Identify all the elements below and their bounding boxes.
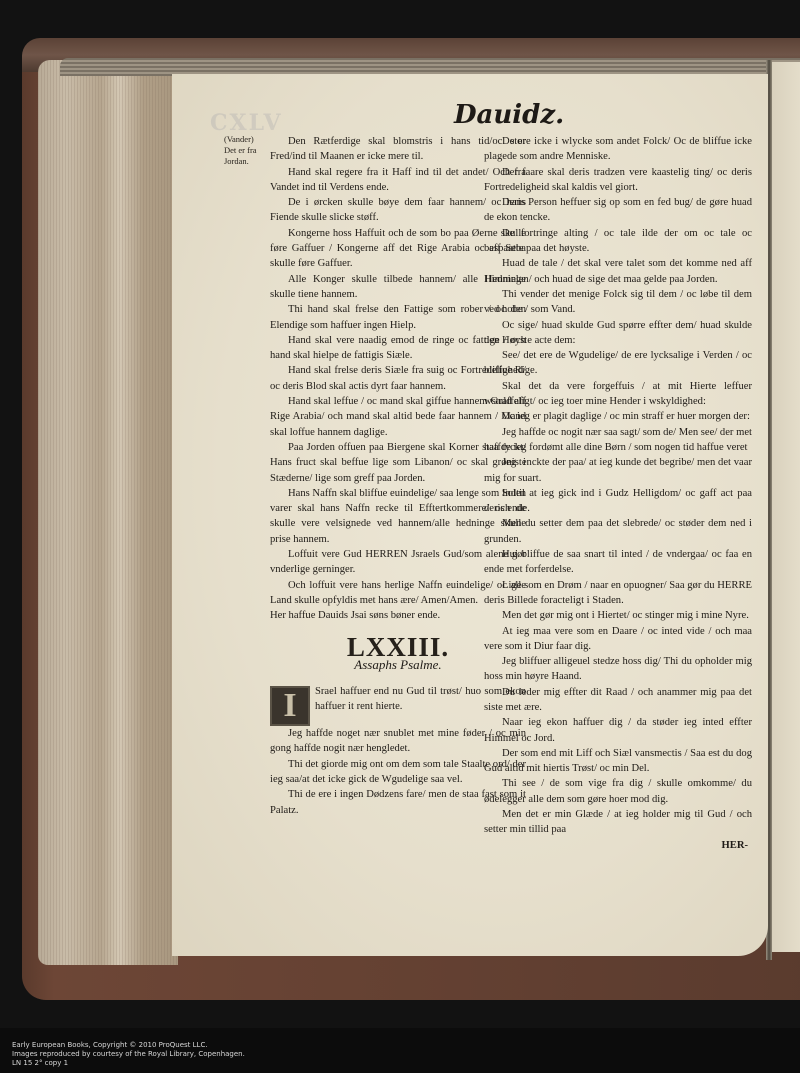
verse: De ere icke i wlycke som andet Folck/ Oc… xyxy=(484,134,752,165)
verse: Der faare skal deris tradzen vere kaaste… xyxy=(484,165,752,196)
verse: Jeg haffde oc nogit nær saa sagt/ som de… xyxy=(484,425,752,456)
footer-line-3: LN 15 2° copy 1 xyxy=(12,1059,245,1068)
verse: Men det er min Glæde / at ieg holder mig… xyxy=(484,807,752,838)
margin-note-line: (Vander) xyxy=(224,134,268,145)
verse: Oc sige/ huad skulde Gud spørre effter d… xyxy=(484,318,752,349)
right-column: De ere icke i wlycke som andet Folck/ Oc… xyxy=(484,134,752,853)
verse: Jeg bliffuer alligeuel stedze hoss dig/ … xyxy=(484,654,752,685)
verse: Indtil at ieg gick ind i Gudz Helligdom/… xyxy=(484,486,752,517)
margin-note-line: Jordan. xyxy=(224,156,268,167)
facing-page-edge xyxy=(770,62,800,952)
verse: Lige som en Drøm / naar en opuogner/ Saa… xyxy=(484,578,752,609)
show-through-folio: CXLV xyxy=(210,110,283,136)
verse: Huad de tale / det skal vere talet som d… xyxy=(484,256,752,287)
verse: At ieg maa vere som en Daare / oc inted … xyxy=(484,624,752,655)
margin-note: (Vander) Det er fra Jordan. xyxy=(224,134,268,167)
page-block-edge xyxy=(38,60,178,965)
verse: Du leder mig effter dit Raad / och anamm… xyxy=(484,685,752,716)
verse: Jeg tenckte der paa/ at ieg kunde det be… xyxy=(484,455,752,486)
running-head: Dauidz. xyxy=(454,100,564,130)
footer-line-1: Early European Books, Copyright © 2010 P… xyxy=(12,1041,245,1050)
book-photograph: CXLV Dauidz. (Vander) Det er fra Jordan.… xyxy=(0,0,800,1028)
book-page: CXLV Dauidz. (Vander) Det er fra Jordan.… xyxy=(172,74,768,956)
verse: See/ det ere de Wgudelige/ de ere lycksa… xyxy=(484,348,752,379)
verse: Thi vender det menige Folck sig til dem … xyxy=(484,287,752,318)
decorated-initial: I xyxy=(270,686,310,726)
margin-note-line: Det er fra xyxy=(224,145,268,156)
verse: Men det gør mig ont i Hiertet/ oc stinge… xyxy=(484,608,752,623)
verse: De fortringe alting / oc tale ilde der o… xyxy=(484,226,752,257)
verse: Hui bliffue de saa snart til inted / de … xyxy=(484,547,752,578)
right-column-verses: De ere icke i wlycke som andet Folck/ Oc… xyxy=(484,134,752,838)
verse: Naar ieg ekon haffuer dig / da støder ie… xyxy=(484,715,752,746)
verse: Skal det da vere forgeffuis / at mit Hie… xyxy=(484,379,752,410)
footer-line-2: Images reproduced by courtesy of the Roy… xyxy=(12,1050,245,1059)
copyright-footer: Early European Books, Copyright © 2010 P… xyxy=(12,1041,245,1068)
catchword: HER- xyxy=(484,838,752,853)
verse: Deris Person heffuer sig op som en fed b… xyxy=(484,195,752,226)
verse: Oc ieg er plagit daglige / oc min straff… xyxy=(484,409,752,424)
verse: Der som end mit Liff och Siæl vansmectis… xyxy=(484,746,752,777)
verse: Thi see / de som vige fra dig / skulle o… xyxy=(484,776,752,807)
verse: Men du setter dem paa det slebrede/ oc s… xyxy=(484,516,752,547)
